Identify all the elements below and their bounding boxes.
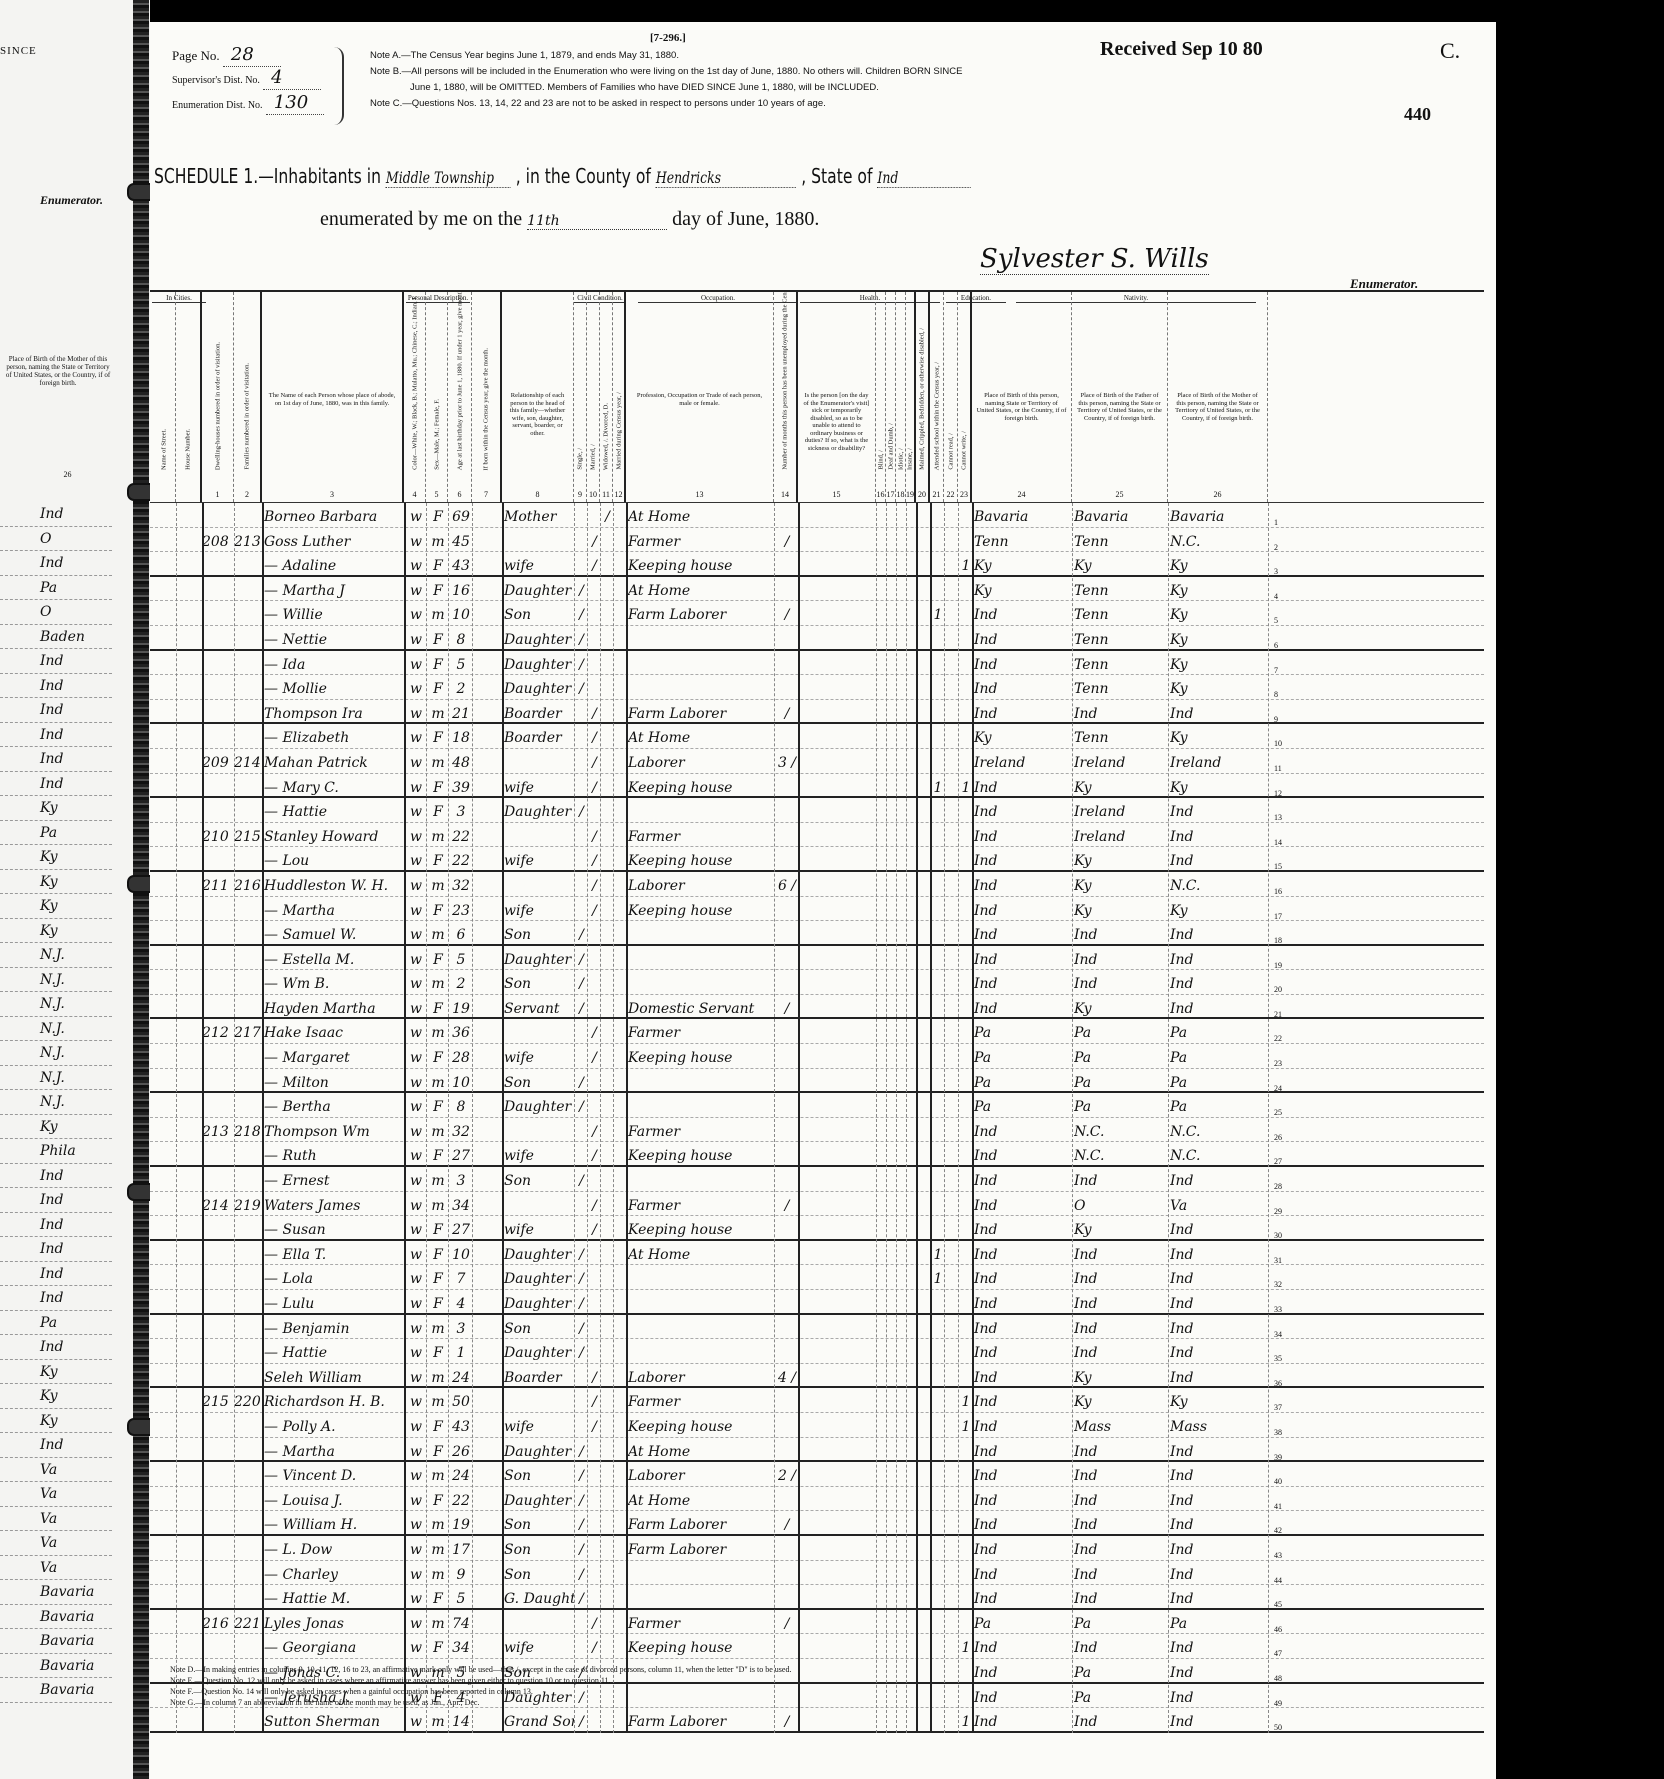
birthplace: Ind bbox=[974, 1364, 1072, 1388]
single-mark: / bbox=[576, 1462, 587, 1486]
father-birthplace: Pa bbox=[1074, 1069, 1168, 1093]
column-header-number: 9 bbox=[574, 491, 586, 499]
age: 45 bbox=[450, 528, 472, 552]
previous-page-birthplace: Ky bbox=[0, 870, 112, 895]
person-name: — Ella T. bbox=[264, 1241, 404, 1265]
column-header-label: If born within the Census year, give the… bbox=[482, 348, 490, 471]
previous-page-birthplace: Va bbox=[0, 1556, 112, 1581]
occupation bbox=[628, 1265, 774, 1289]
cannot-write-mark bbox=[960, 1290, 972, 1314]
color: w bbox=[406, 601, 426, 625]
color: w bbox=[406, 675, 426, 699]
married-mark bbox=[589, 995, 600, 1019]
color: w bbox=[406, 1142, 426, 1166]
age: 9 bbox=[450, 1561, 472, 1585]
census-rows: Borneo BarbarawF69Mother/At HomeBavariaB… bbox=[150, 503, 1484, 1733]
married-mark bbox=[589, 577, 600, 601]
family-number bbox=[234, 774, 262, 798]
widowed-mark bbox=[602, 1511, 613, 1535]
age: 1 bbox=[450, 1339, 472, 1363]
married-mark bbox=[589, 970, 600, 994]
color: w bbox=[406, 897, 426, 921]
color: w bbox=[406, 1265, 426, 1289]
married-mark: / bbox=[589, 1044, 600, 1068]
previous-page-column-number: 26 bbox=[20, 470, 115, 479]
color: w bbox=[406, 552, 426, 576]
previous-page-birthplace: Bavaria bbox=[0, 1678, 112, 1703]
mother-birthplace: Ind bbox=[1170, 1511, 1268, 1535]
age: 7 bbox=[450, 1265, 472, 1289]
occupation bbox=[628, 798, 774, 822]
color: w bbox=[406, 626, 426, 650]
birthplace: Ind bbox=[974, 1339, 1072, 1363]
cannot-write-mark: 1 bbox=[960, 1634, 972, 1658]
age: 5 bbox=[450, 651, 472, 675]
months-unemployed bbox=[776, 1388, 798, 1412]
widowed-mark bbox=[602, 1216, 613, 1240]
single-mark: / bbox=[576, 601, 587, 625]
birthplace: Bavaria bbox=[974, 503, 1072, 527]
months-unemployed bbox=[776, 1585, 798, 1609]
person-name: — Lola bbox=[264, 1265, 404, 1289]
previous-page-birthplace: Ind bbox=[0, 1335, 112, 1360]
relationship: Daughter bbox=[504, 651, 574, 675]
single-mark: / bbox=[576, 995, 587, 1019]
column-header-number: 24 bbox=[972, 491, 1071, 499]
column-header-9: Single, /9 bbox=[574, 292, 587, 502]
previous-page-mother-birthplaces: IndOIndPaOBadenIndIndIndIndIndIndKyPaKyK… bbox=[0, 502, 112, 1703]
dwelling-number bbox=[202, 1438, 234, 1462]
column-header-number: 10 bbox=[587, 491, 599, 499]
family-number: 216 bbox=[234, 872, 262, 896]
color: w bbox=[406, 970, 426, 994]
months-unemployed: / bbox=[776, 700, 798, 724]
single-mark: / bbox=[576, 626, 587, 650]
table-row: 209214Mahan Patrickwm48/Laborer3 /Irelan… bbox=[150, 749, 1484, 774]
age: 17 bbox=[450, 1536, 472, 1560]
widowed-mark bbox=[602, 601, 613, 625]
column-header-15: Is the person [on the day of the Enumera… bbox=[798, 292, 876, 502]
dwelling-number bbox=[202, 503, 234, 527]
relationship: Mother bbox=[504, 503, 574, 527]
widowed-mark bbox=[602, 577, 613, 601]
age: 27 bbox=[450, 1216, 472, 1240]
single-mark bbox=[576, 1364, 587, 1388]
occupation bbox=[628, 1167, 774, 1191]
grid-line bbox=[626, 503, 628, 1733]
age: 10 bbox=[450, 601, 472, 625]
cannot-write-mark bbox=[960, 1610, 972, 1634]
age: 3 bbox=[450, 1315, 472, 1339]
grid-line bbox=[930, 503, 932, 1733]
mother-birthplace: Pa bbox=[1170, 1093, 1268, 1117]
table-row: 210215Stanley Howardwm22/FarmerIndIrelan… bbox=[150, 823, 1484, 848]
sex: F bbox=[428, 995, 448, 1019]
dwelling-number bbox=[202, 675, 234, 699]
birthplace: Ind bbox=[974, 1413, 1072, 1437]
single-mark: / bbox=[576, 1487, 587, 1511]
sex: m bbox=[428, 1610, 448, 1634]
mother-birthplace: Ind bbox=[1170, 946, 1268, 970]
sex: F bbox=[428, 1142, 448, 1166]
occupation: Farm Laborer bbox=[628, 601, 774, 625]
relationship: Daughter bbox=[504, 1339, 574, 1363]
father-birthplace: Ky bbox=[1074, 897, 1168, 921]
birthplace: Ind bbox=[974, 1634, 1072, 1658]
grid-line bbox=[587, 503, 588, 1733]
column-header-number: 15 bbox=[798, 491, 875, 499]
attended-school-mark bbox=[932, 1290, 944, 1314]
widowed-mark bbox=[602, 1413, 613, 1437]
father-birthplace: Tenn bbox=[1074, 651, 1168, 675]
married-mark bbox=[589, 1708, 600, 1732]
column-header-3: The Name of each Person whose place of a… bbox=[262, 292, 404, 502]
column-header-number: 13 bbox=[626, 491, 773, 499]
family-number bbox=[234, 1044, 262, 1068]
age: 18 bbox=[450, 724, 472, 748]
mother-birthplace: Ky bbox=[1170, 675, 1268, 699]
father-birthplace: Ky bbox=[1074, 1216, 1168, 1240]
father-birthplace: Ind bbox=[1074, 1487, 1168, 1511]
person-name: — Susan bbox=[264, 1216, 404, 1240]
father-birthplace: Ky bbox=[1074, 995, 1168, 1019]
attended-school-mark bbox=[932, 897, 944, 921]
grid-line bbox=[574, 503, 575, 1733]
dwelling-number bbox=[202, 970, 234, 994]
supervisor-dist-value: 4 bbox=[263, 67, 321, 90]
dwelling-number bbox=[202, 1241, 234, 1265]
person-name: Thompson Ira bbox=[264, 700, 404, 724]
cannot-write-mark: 1 bbox=[960, 552, 972, 576]
table-row: — Miltonwm10Son/PaPaPa24 bbox=[150, 1069, 1484, 1094]
attended-school-mark bbox=[932, 921, 944, 945]
months-unemployed: / bbox=[776, 1610, 798, 1634]
family-number bbox=[234, 1315, 262, 1339]
family-number bbox=[234, 921, 262, 945]
note-e: Note E.—Question No. 12 will only be ask… bbox=[170, 1675, 1270, 1686]
married-mark: / bbox=[589, 847, 600, 871]
age: 19 bbox=[450, 1511, 472, 1535]
father-birthplace: Pa bbox=[1074, 1044, 1168, 1068]
table-row: 212217Hake Isaacwm36/FarmerPaPaPa22 bbox=[150, 1019, 1484, 1044]
sex: m bbox=[428, 1192, 448, 1216]
family-number bbox=[234, 552, 262, 576]
person-name: Richardson H. B. bbox=[264, 1388, 404, 1412]
cannot-write-mark bbox=[960, 798, 972, 822]
column-header-label: Families numbered in order of visitation… bbox=[243, 363, 251, 470]
column-header-5: Sex—Male, M.; Female, F.5 bbox=[426, 292, 448, 502]
family-number: 215 bbox=[234, 823, 262, 847]
cannot-write-mark: 1 bbox=[960, 1388, 972, 1412]
table-row: — Martha JwF16Daughter/At HomeKyTennKy4 bbox=[150, 577, 1484, 602]
relationship: Boarder bbox=[504, 724, 574, 748]
age: 27 bbox=[450, 1142, 472, 1166]
occupation bbox=[628, 675, 774, 699]
relationship: Daughter bbox=[504, 1241, 574, 1265]
attended-school-mark bbox=[932, 700, 944, 724]
married-mark: / bbox=[589, 1610, 600, 1634]
color: w bbox=[406, 1192, 426, 1216]
table-row: — SusanwF27wife/Keeping houseIndKyInd30 bbox=[150, 1216, 1484, 1241]
occupation: Keeping house bbox=[628, 1142, 774, 1166]
father-birthplace: Ind bbox=[1074, 946, 1168, 970]
birthplace: Ind bbox=[974, 1487, 1072, 1511]
cannot-write-mark bbox=[960, 1511, 972, 1535]
color: w bbox=[406, 872, 426, 896]
column-header-number: 18 bbox=[896, 491, 905, 499]
grid-line bbox=[1168, 503, 1169, 1733]
married-mark: / bbox=[589, 823, 600, 847]
column-header-number: 17 bbox=[886, 491, 895, 499]
father-birthplace: Ind bbox=[1074, 1536, 1168, 1560]
color: w bbox=[406, 1364, 426, 1388]
relationship: Daughter bbox=[504, 798, 574, 822]
cannot-write-mark bbox=[960, 1093, 972, 1117]
previous-page-birthplace: Pa bbox=[0, 1311, 112, 1336]
sex: F bbox=[428, 1339, 448, 1363]
months-unemployed: / bbox=[776, 1708, 798, 1732]
relationship bbox=[504, 1019, 574, 1043]
married-mark bbox=[589, 503, 600, 527]
township-value: Middle Township bbox=[386, 168, 511, 188]
father-birthplace: Bavaria bbox=[1074, 503, 1168, 527]
column-header-label: Maimed, Crippled, Bedridden, or otherwis… bbox=[918, 328, 926, 470]
family-number bbox=[234, 503, 262, 527]
single-mark bbox=[576, 700, 587, 724]
married-mark bbox=[589, 675, 600, 699]
family-number: 221 bbox=[234, 1610, 262, 1634]
relationship: Daughter bbox=[504, 1438, 574, 1462]
months-unemployed bbox=[776, 774, 798, 798]
widowed-mark bbox=[602, 921, 613, 945]
column-header-number: 23 bbox=[958, 491, 970, 499]
color: w bbox=[406, 921, 426, 945]
cannot-write-mark bbox=[960, 946, 972, 970]
relationship: wife bbox=[504, 1634, 574, 1658]
previous-page-birthplace: Ind bbox=[0, 649, 112, 674]
sex: F bbox=[428, 626, 448, 650]
table-row: — BerthawF8Daughter/PaPaPa25 bbox=[150, 1093, 1484, 1118]
previous-page-since-text: SINCE bbox=[0, 45, 37, 57]
dwelling-number bbox=[202, 1561, 234, 1585]
color: w bbox=[406, 724, 426, 748]
column-header-22: Cannot read, /22 bbox=[944, 292, 958, 502]
cannot-write-mark bbox=[960, 1216, 972, 1240]
previous-page-birthplace: Ind bbox=[0, 1433, 112, 1458]
father-birthplace: Tenn bbox=[1074, 528, 1168, 552]
months-unemployed bbox=[776, 1241, 798, 1265]
birthplace: Ind bbox=[974, 1708, 1072, 1732]
married-mark: / bbox=[589, 1118, 600, 1142]
attended-school-mark bbox=[932, 1069, 944, 1093]
attended-school-mark bbox=[932, 1339, 944, 1363]
color: w bbox=[406, 577, 426, 601]
attended-school-mark bbox=[932, 1364, 944, 1388]
person-name: Lyles Jonas bbox=[264, 1610, 404, 1634]
mother-birthplace: N.C. bbox=[1170, 872, 1268, 896]
attended-school-mark bbox=[932, 1511, 944, 1535]
color: w bbox=[406, 1118, 426, 1142]
dwelling-number bbox=[202, 1216, 234, 1240]
family-number: 217 bbox=[234, 1019, 262, 1043]
color: w bbox=[406, 774, 426, 798]
family-number bbox=[234, 1216, 262, 1240]
family-number bbox=[234, 675, 262, 699]
occupation: Farm Laborer bbox=[628, 700, 774, 724]
relationship: Daughter bbox=[504, 1290, 574, 1314]
color: w bbox=[406, 798, 426, 822]
footnotes: Note D.—In making entries in columns 9, … bbox=[170, 1664, 1270, 1708]
previous-page-birthplace: N.J. bbox=[0, 1066, 112, 1091]
father-birthplace: Ky bbox=[1074, 847, 1168, 871]
grid-line bbox=[426, 503, 427, 1733]
sex: m bbox=[428, 528, 448, 552]
occupation: At Home bbox=[628, 503, 774, 527]
attended-school-mark bbox=[932, 552, 944, 576]
column-header-number: 26 bbox=[1168, 491, 1267, 499]
age: 34 bbox=[450, 1634, 472, 1658]
attended-school-mark bbox=[932, 1708, 944, 1732]
single-mark: / bbox=[576, 921, 587, 945]
months-unemployed: 2 / bbox=[776, 1462, 798, 1486]
previous-page-birthplace: Ind bbox=[0, 772, 112, 797]
widowed-mark bbox=[602, 724, 613, 748]
supervisor-label: Supervisor's Dist. No. bbox=[172, 70, 260, 92]
column-header-label: Cannot write, / bbox=[960, 431, 968, 470]
birthplace: Ind bbox=[974, 921, 1072, 945]
column-header-label: Married during Census year, / bbox=[615, 392, 623, 470]
attended-school-mark bbox=[932, 1192, 944, 1216]
dwelling-number bbox=[202, 626, 234, 650]
age: 28 bbox=[450, 1044, 472, 1068]
single-mark: / bbox=[576, 1536, 587, 1560]
widowed-mark bbox=[602, 626, 613, 650]
single-mark: / bbox=[576, 1241, 587, 1265]
table-row: Borneo BarbarawF69Mother/At HomeBavariaB… bbox=[150, 503, 1484, 528]
family-number: 218 bbox=[234, 1118, 262, 1142]
widowed-mark bbox=[602, 774, 613, 798]
person-name: — Wm B. bbox=[264, 970, 404, 994]
married-mark bbox=[589, 1167, 600, 1191]
married-mark: / bbox=[589, 528, 600, 552]
family-number bbox=[234, 1536, 262, 1560]
married-mark bbox=[589, 1438, 600, 1462]
person-name: — Georgiana bbox=[264, 1634, 404, 1658]
cannot-write-mark bbox=[960, 1142, 972, 1166]
father-birthplace: Ind bbox=[1074, 1708, 1168, 1732]
color: w bbox=[406, 1511, 426, 1535]
table-row: — MargaretwF28wife/Keeping housePaPaPa23 bbox=[150, 1044, 1484, 1069]
attended-school-mark bbox=[932, 1093, 944, 1117]
widowed-mark bbox=[602, 897, 613, 921]
grid-line bbox=[798, 503, 800, 1733]
single-mark bbox=[576, 503, 587, 527]
months-unemployed bbox=[776, 1118, 798, 1142]
column-header-label: Blind, / bbox=[877, 450, 885, 470]
married-mark bbox=[589, 921, 600, 945]
cannot-write-mark bbox=[960, 1487, 972, 1511]
table-row: — LuluwF4Daughter/IndIndInd33 bbox=[150, 1290, 1484, 1315]
birthplace: Ky bbox=[974, 552, 1072, 576]
relationship bbox=[504, 528, 574, 552]
months-unemployed: 3 / bbox=[776, 749, 798, 773]
cannot-write-mark bbox=[960, 1536, 972, 1560]
occupation bbox=[628, 1585, 774, 1609]
county-value: Hendricks bbox=[656, 168, 796, 188]
age: 39 bbox=[450, 774, 472, 798]
table-row: — HattiewF1Daughter/IndIndInd35 bbox=[150, 1339, 1484, 1364]
family-number bbox=[234, 1462, 262, 1486]
single-mark: / bbox=[576, 1561, 587, 1585]
age: 3 bbox=[450, 1167, 472, 1191]
previous-page-birthplace: N.J. bbox=[0, 943, 112, 968]
occupation: Farmer bbox=[628, 1118, 774, 1142]
previous-page-birthplace: N.J. bbox=[0, 1017, 112, 1042]
mother-birthplace: Ind bbox=[1170, 700, 1268, 724]
married-mark: / bbox=[589, 1192, 600, 1216]
table-row: — HattiewF3Daughter/IndIrelandInd13 bbox=[150, 798, 1484, 823]
married-mark bbox=[589, 1265, 600, 1289]
father-birthplace: Ky bbox=[1074, 1364, 1168, 1388]
mother-birthplace: Ind bbox=[1170, 1241, 1268, 1265]
column-header-number: 6 bbox=[448, 491, 471, 499]
sex: F bbox=[428, 503, 448, 527]
months-unemployed: / bbox=[776, 528, 798, 552]
color: w bbox=[406, 1241, 426, 1265]
person-name: — Charley bbox=[264, 1561, 404, 1585]
birthplace: Ind bbox=[974, 1315, 1072, 1339]
attended-school-mark bbox=[932, 1561, 944, 1585]
father-birthplace: Ky bbox=[1074, 1388, 1168, 1412]
column-header-14: Number of months this person has been un… bbox=[774, 292, 798, 502]
dwelling-number: 213 bbox=[202, 1118, 234, 1142]
months-unemployed bbox=[776, 675, 798, 699]
previous-page-enumerator-label: Enumerator. bbox=[40, 193, 103, 208]
father-birthplace: Ind bbox=[1074, 1561, 1168, 1585]
sex: F bbox=[428, 1216, 448, 1240]
married-mark bbox=[589, 1585, 600, 1609]
father-birthplace: N.C. bbox=[1074, 1142, 1168, 1166]
family-number bbox=[234, 897, 262, 921]
attended-school-mark bbox=[932, 1536, 944, 1560]
cannot-write-mark bbox=[960, 921, 972, 945]
column-header-21: Attended school within the Census year, … bbox=[930, 292, 944, 502]
dwelling-number: 215 bbox=[202, 1388, 234, 1412]
widowed-mark: / bbox=[602, 503, 613, 527]
column-header-label: Is the person [on the day of the Enumera… bbox=[802, 392, 871, 452]
age: 24 bbox=[450, 1364, 472, 1388]
age: 22 bbox=[450, 1487, 472, 1511]
age: 21 bbox=[450, 700, 472, 724]
birthplace: Ky bbox=[974, 724, 1072, 748]
previous-page-birthplace: N.J. bbox=[0, 968, 112, 993]
months-unemployed bbox=[776, 651, 798, 675]
attended-school-mark bbox=[932, 1142, 944, 1166]
birthplace: Ind bbox=[974, 774, 1072, 798]
father-birthplace: Tenn bbox=[1074, 577, 1168, 601]
single-mark: / bbox=[576, 1511, 587, 1535]
relationship: Son bbox=[504, 601, 574, 625]
birthplace: Ind bbox=[974, 995, 1072, 1019]
occupation: Keeping house bbox=[628, 552, 774, 576]
previous-page-birthplace: O bbox=[0, 527, 112, 552]
color: w bbox=[406, 1561, 426, 1585]
sex: m bbox=[428, 1536, 448, 1560]
enumeration-dist-value: 130 bbox=[266, 92, 324, 115]
mother-birthplace: Ind bbox=[1170, 1265, 1268, 1289]
column-header-number: 25 bbox=[1072, 491, 1167, 499]
table-row: 214219Waters Jameswm34/Farmer/IndOVa29 bbox=[150, 1192, 1484, 1217]
